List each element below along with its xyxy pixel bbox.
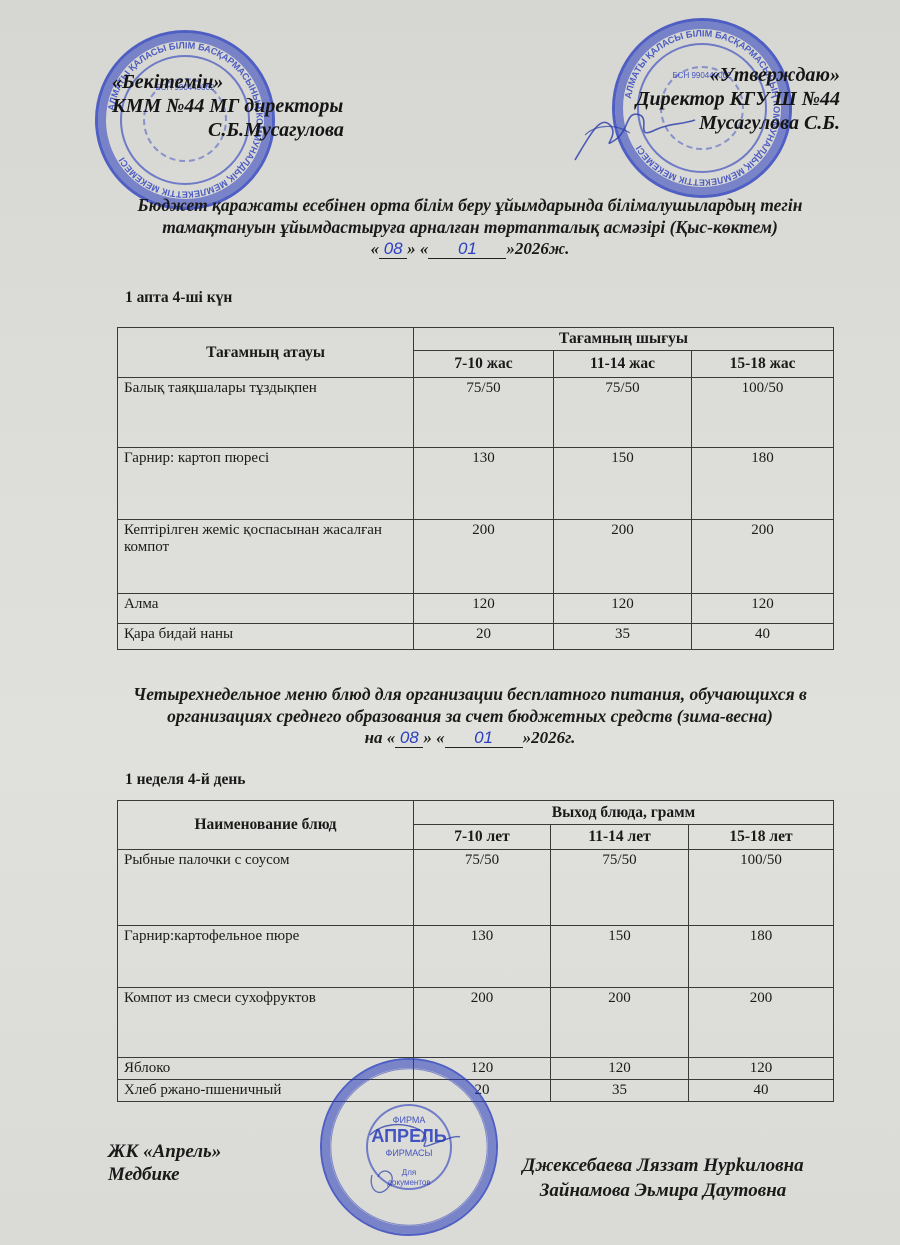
portion-value: 130 — [414, 926, 551, 988]
col-header-age: 11-14 лет — [551, 825, 689, 850]
col-header-group: Тағамның шығуы — [414, 328, 834, 351]
col-header-age: 15-18 жас — [692, 351, 834, 378]
portion-value: 75/50 — [414, 378, 554, 448]
handwritten-month: 01 — [445, 729, 523, 748]
portion-value: 35 — [551, 1080, 689, 1102]
portion-value: 75/50 — [551, 850, 689, 926]
approval-left-position: КММ №44 МГ директоры — [112, 94, 344, 118]
approval-block-right: «Утверждаю» Директор КГУ Ш №44 Мусагулов… — [636, 63, 840, 135]
dish-name: Кептірілген жеміс қоспасынан жасалған ко… — [118, 520, 414, 594]
footer-signatories: Джексебаева Ляззат Нурkuловна Зайнамова … — [498, 1153, 828, 1203]
footer-signatory-1: Джексебаева Ляззат Нурkuловна — [498, 1153, 828, 1178]
kazakh-day-label: 1 апта 4-ші күн — [125, 289, 232, 307]
table-row: Қара бидай наны203540 — [118, 624, 834, 650]
portion-value: 35 — [554, 624, 692, 650]
kazakh-date: «08» «01»2026ж. — [100, 238, 840, 260]
table-row: Кептірілген жеміс қоспасынан жасалған ко… — [118, 520, 834, 594]
dish-name: Балық таяқшалары тұздықпен — [118, 378, 414, 448]
footer-signatory-2: Зайнамова Эьмира Даутовна — [498, 1178, 828, 1203]
portion-value: 120 — [689, 1058, 834, 1080]
russian-title: Четырехнедельное меню блюд для организац… — [100, 683, 840, 749]
kazakh-title: Бюджет қаражаты есебінен орта білім беру… — [100, 194, 840, 260]
col-header-dish: Тағамның атауы — [118, 328, 414, 378]
portion-value: 130 — [414, 448, 554, 520]
portion-value: 75/50 — [554, 378, 692, 448]
approval-right-title: «Утверждаю» — [636, 63, 840, 87]
dish-name: Алма — [118, 594, 414, 624]
medic-signature — [360, 1115, 470, 1205]
portion-value: 200 — [554, 520, 692, 594]
table-row: Балық таяқшалары тұздықпен75/5075/50100/… — [118, 378, 834, 448]
approval-left-name: С.Б.Мусагулова — [112, 118, 344, 142]
dish-name: Гарнир:картофельное пюре — [118, 926, 414, 988]
col-header-age: 7-10 жас — [414, 351, 554, 378]
portion-value: 100/50 — [692, 378, 834, 448]
table-row: Гарнир: картоп пюресі130150180 — [118, 448, 834, 520]
portion-value: 200 — [414, 988, 551, 1058]
portion-value: 120 — [554, 594, 692, 624]
dish-name: Рыбные палочки с соусом — [118, 850, 414, 926]
russian-day-label: 1 неделя 4-й день — [125, 771, 245, 789]
portion-value: 120 — [551, 1058, 689, 1080]
dish-name: Гарнир: картоп пюресі — [118, 448, 414, 520]
footer-role: Медбике — [108, 1163, 221, 1186]
portion-value: 20 — [414, 624, 554, 650]
portion-value: 120 — [414, 594, 554, 624]
kazakh-menu-table: Тағамның атауы Тағамның шығуы 7-10 жас 1… — [117, 327, 834, 650]
approval-block-left: «Бекітемін» КММ №44 МГ директоры С.Б.Мус… — [112, 70, 344, 142]
kazakh-title-line1: Бюджет қаражаты есебінен орта білім беру… — [100, 194, 840, 216]
approval-left-title: «Бекітемін» — [112, 70, 344, 94]
portion-value: 40 — [692, 624, 834, 650]
portion-value: 120 — [692, 594, 834, 624]
kazakh-title-line2: тамақтануын ұйымдастыруға арналған төрта… — [100, 216, 840, 238]
dish-name: Компот из смеси сухофруктов — [118, 988, 414, 1058]
portion-value: 100/50 — [689, 850, 834, 926]
portion-value: 200 — [414, 520, 554, 594]
col-header-age: 15-18 лет — [689, 825, 834, 850]
handwritten-day: 08 — [379, 240, 407, 259]
footer-company-name: ЖК «Апрель» — [108, 1140, 221, 1163]
col-header-age: 11-14 жас — [554, 351, 692, 378]
russian-title-line1: Четырехнедельное меню блюд для организац… — [100, 683, 840, 705]
portion-value: 200 — [689, 988, 834, 1058]
table-row: Алма120120120 — [118, 594, 834, 624]
col-header-group: Выход блюда, грамм — [414, 801, 834, 825]
portion-value: 180 — [689, 926, 834, 988]
handwritten-month: 01 — [428, 240, 506, 259]
approval-right-name: Мусагулова С.Б. — [636, 111, 840, 135]
portion-value: 180 — [692, 448, 834, 520]
portion-value: 75/50 — [414, 850, 551, 926]
portion-value: 150 — [551, 926, 689, 988]
table-row: Компот из смеси сухофруктов200200200 — [118, 988, 834, 1058]
approval-right-position: Директор КГУ Ш №44 — [636, 87, 840, 111]
col-header-age: 7-10 лет — [414, 825, 551, 850]
portion-value: 40 — [689, 1080, 834, 1102]
portion-value: 150 — [554, 448, 692, 520]
menu-document: АЛМАТЫ ҚАЛАСЫ БІЛІМ БАСҚАРМАСЫНЫҢ КОММУН… — [0, 0, 900, 1245]
russian-date: на «08» «01»2026г. — [100, 727, 840, 749]
dish-name: Қара бидай наны — [118, 624, 414, 650]
russian-menu-table: Наименование блюд Выход блюда, грамм 7-1… — [117, 800, 834, 1102]
handwritten-day: 08 — [395, 729, 423, 748]
footer-company: ЖК «Апрель» Медбике — [108, 1140, 221, 1186]
table-row: Гарнир:картофельное пюре130150180 — [118, 926, 834, 988]
portion-value: 200 — [551, 988, 689, 1058]
russian-title-line2: организациях среднего образования за сче… — [100, 705, 840, 727]
table-row: Рыбные палочки с соусом75/5075/50100/50 — [118, 850, 834, 926]
col-header-dish: Наименование блюд — [118, 801, 414, 850]
portion-value: 200 — [692, 520, 834, 594]
